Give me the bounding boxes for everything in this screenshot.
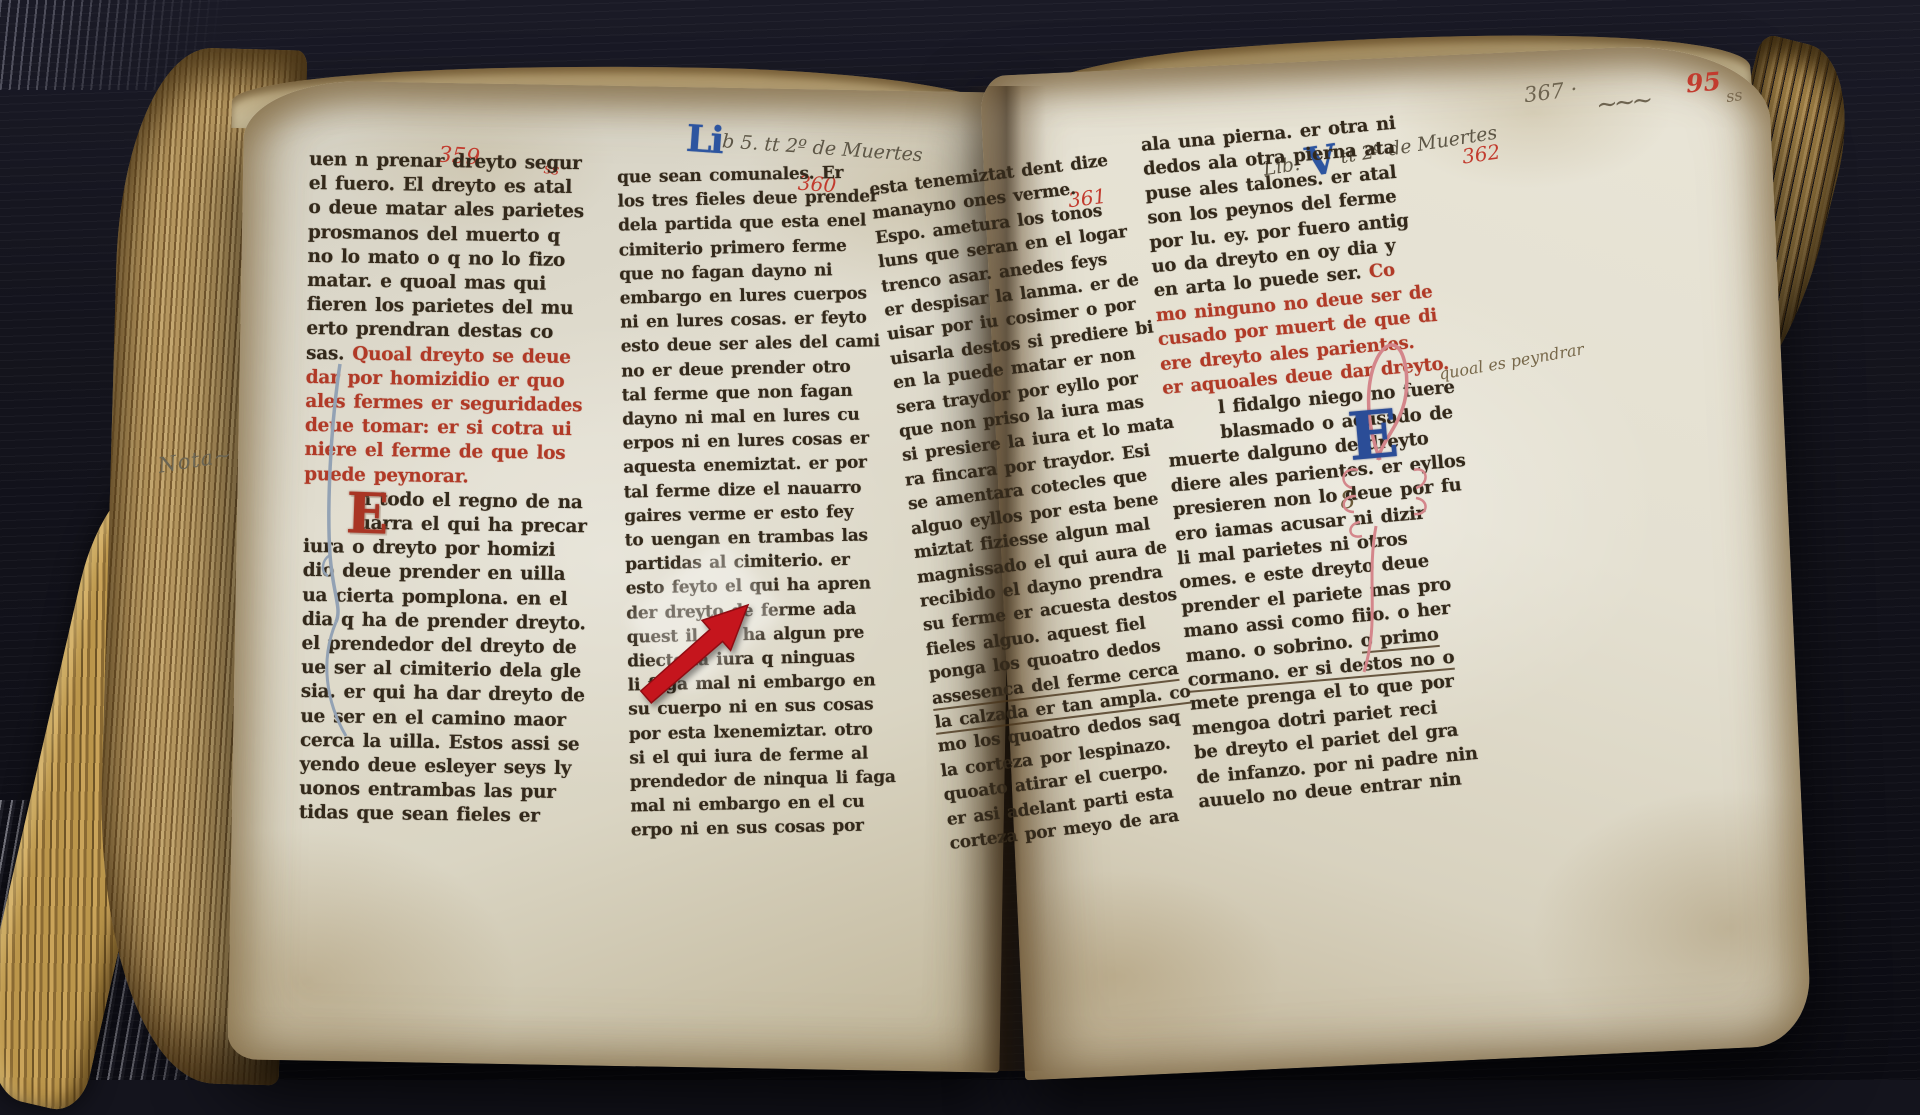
manuscript-text-segment: uonos entrambas las pur [299, 778, 556, 803]
text-column-1: uen n prenar dreyto segurel fuero. El dr… [299, 148, 582, 830]
manuscript-text-segment: tidas que sean fieles er [299, 802, 540, 827]
manuscript-text-segment: esto deue ser ales del cami [621, 332, 880, 357]
manuscript-text-segment: los tres fieles deue prender [617, 186, 878, 211]
photo-background: 359 ss Lib 5. tt 2º de Muertes 360 361 L… [0, 0, 1920, 1080]
manuscript-text-line: o deue matar ales parietes [308, 196, 580, 224]
corner-pen-tail: ss [1725, 85, 1744, 106]
manuscript-text-segment: que sean comunales. Er [617, 163, 843, 188]
manuscript-text-line: puede peynorar. [304, 463, 576, 491]
manuscript-text-segment: tal ferme que non fagan [622, 381, 853, 406]
manuscript-text-segment: sas. [306, 343, 353, 365]
manuscript-text-segment: ua cierta pomplona. en el [302, 585, 567, 610]
manuscript-text-segment: mal ni embargo en el cu [630, 792, 864, 817]
manuscript-text-segment: dio deue prender en uilla [303, 560, 566, 585]
manuscript-text-segment: ni en lures cosas. er feyto [620, 308, 867, 333]
manuscript-text-segment: erpos ni en lures cosas er [623, 429, 870, 454]
manuscript-text-segment: si el qui iura de ferme al [629, 743, 868, 768]
manuscript-text-segment: o deue matar ales parietes [308, 197, 584, 222]
text-column-2: que sean comunales. Erlos tres fieles de… [617, 160, 879, 843]
illuminated-initial-e-blue: E [1345, 400, 1401, 470]
manuscript-text-segment: iura o dreyto por homizi [303, 536, 555, 561]
manuscript-text-line: erto prendran destas co [306, 317, 578, 345]
manuscript-text-segment: Co [1368, 260, 1395, 283]
manuscript-text-segment: dela partida que esta enel [618, 211, 866, 236]
text-column-4: ala una pierna. er otra nidedos ala otra… [1140, 108, 1498, 815]
manuscript-text-segment: to uengan en trambas las [625, 526, 868, 551]
manuscript-text-segment: Quoal dreyto se deue [352, 343, 571, 367]
manuscript-text-segment: ue ser en el camino maor [300, 706, 566, 731]
illuminated-initial-e-red: E [345, 485, 390, 542]
manuscript-text-segment: no lo mato o q no lo fizo [307, 246, 565, 271]
manuscript-text-segment: yendo deue esleyer seys ly [299, 754, 571, 779]
red-arrow-annotation [606, 574, 782, 720]
manuscript-text-segment: gaires verme er esto fey [624, 502, 853, 527]
manuscript-text-segment: prosmanos del muerto q [308, 222, 560, 247]
manuscript-text-segment: matar. e quoal mas qui [307, 270, 546, 295]
manuscript-text-segment: cimiterio primero ferme [618, 235, 846, 260]
manuscript-text-segment: cerca la uilla. Estos assi se [300, 730, 580, 755]
manuscript-text-segment: prendedor de ninqua li faga [630, 767, 896, 793]
blue-initial-li: Li [685, 116, 724, 162]
manuscript-text-segment: erpo ni en sus cosas por [631, 816, 864, 841]
manuscript-text-segment: ales fermes er seguridades [305, 391, 582, 416]
manuscript-text-segment: por esta lxenemiztar. otro [629, 719, 873, 744]
corner-pen-swash: ∼∼∼ [1595, 85, 1651, 120]
manuscript-text-line: erpo ni en sus cosas por [631, 814, 879, 843]
manuscript-text-segment: fieren los parietes del mu [307, 294, 574, 319]
manuscript-text-segment: deue tomar: er si cotra ui [305, 415, 572, 440]
manuscript-text-segment: dayno ni mal en lures cu [622, 405, 860, 430]
manuscript-text-segment: dar por homizidio er quo [306, 367, 565, 392]
manuscript-text-segment: n todo el regno de na [358, 489, 583, 514]
manuscript-text-segment: dia q ha de prender dreyto. [302, 609, 586, 634]
manuscript-text-segment: aquesta enemiztat. er por [623, 453, 867, 478]
manuscript-text-segment: el fuero. El dreyto es atal [309, 173, 573, 198]
manuscript-text-segment: sia. er qui ha dar dreyto de [301, 681, 585, 706]
manuscript-text-segment: ue ser al cimiterio dela gle [301, 657, 581, 682]
manuscript-text-segment: embargo en lures cuerpos [620, 283, 867, 308]
manuscript-text-segment: el prendedor del dreyto de [301, 633, 576, 658]
folio-number-95: 95 [1685, 67, 1722, 99]
manuscript-text-segment: uen n prenar dreyto segur [309, 149, 582, 174]
manuscript-text-segment: uarra el qui ha precar [357, 513, 586, 538]
manuscript-text-segment: niere el ferme de que los [304, 439, 565, 464]
manuscript-text-segment: erto prendran destas co [306, 318, 553, 343]
manuscript-text-line: tidas que sean fieles er [299, 801, 571, 829]
manuscript-text-segment: que no fagan dayno ni [619, 260, 832, 284]
manuscript-text-segment: tal ferme dize el nauarro [624, 477, 862, 502]
manuscript-text-segment: no er deue prender otro [621, 356, 851, 381]
